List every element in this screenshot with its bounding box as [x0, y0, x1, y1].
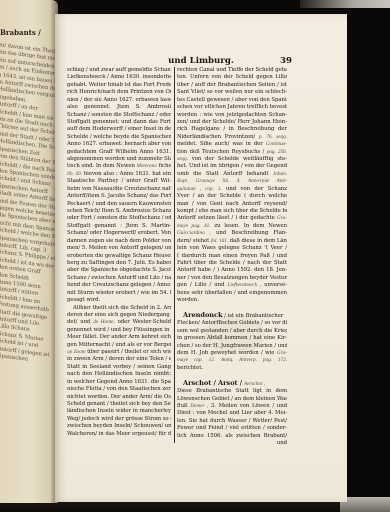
text-line: gen / Lillo / und Liefkenshoeck , unvers… — [177, 282, 287, 289]
antiqua-text: quitatum , cap. 3. — [177, 186, 222, 192]
entry-headword: Arendonck — [183, 312, 223, 319]
text-line: dannen zogen sie nach dem Polder von Na- — [67, 238, 171, 245]
antiqua-text: Gra- — [277, 215, 287, 221]
antiqua-text: op Zoom — [67, 349, 86, 355]
text-line: sem wol gestanden / aber durch die Krieg — [177, 328, 287, 335]
text-line: Diest : von Mechel und Lier aber 4. Mei- — [177, 410, 287, 417]
text-line: op Zoom über passirt / theilet er sich w… — [67, 349, 171, 356]
column-divider-rule — [174, 67, 175, 443]
text-line: schen Teich/ Item S. Ambrosius Schanz — [67, 208, 171, 215]
blank-line — [177, 305, 287, 312]
text-line: oder Fort / sonsten die Stoffschanz / od… — [67, 215, 171, 222]
text-line: men/ 5. Meilen von Antorff gelegen/ und — [67, 245, 171, 252]
text-line: helm von Nassau/die Creutzschanz nahend — [67, 186, 171, 193]
antiqua-text: Demer , — [190, 403, 208, 409]
text-line: lich Anno 1506. als zwischen Brabant/ — [177, 433, 287, 440]
text-line: mit Sturm wieder erobert / wie im 54. Bu… — [67, 290, 171, 297]
text-line: Sant Vliet/ so vor weilen nur ein schlec… — [177, 89, 287, 96]
text-line: Fewer und Feind / viel erlitten / sonder… — [177, 425, 287, 432]
antiqua-text: Continua- — [266, 141, 287, 147]
text-line: abgenommen worden und nunmehr Staa- — [67, 156, 171, 163]
text-line: Allhier theilt sich die Scheld in 2. Arm… — [67, 305, 171, 312]
scanner-edge-top — [300, 0, 390, 8]
text-line: meldet. Sihe auch/ was in der Continua- — [177, 141, 287, 148]
text-line: maye pag. 41. zu lesen. In dem Newen — [177, 223, 287, 230]
text-line: gesagt wird. — [67, 297, 171, 304]
text-line: nach den Holländischen Inseln nimbt: — [67, 371, 171, 378]
text-line: Löwenschen Gebiet / an dem kleinen Wasse… — [177, 396, 287, 403]
text-line: zen/ und der Schelde/ Herr Johann Hein- — [177, 119, 287, 126]
antiqua-text: pag. 256. — [267, 149, 287, 155]
text-line: tes Castell gewesen / aber von den Spani… — [177, 97, 287, 104]
text-line: Guicciardino , und Beschreibung Flan- — [177, 230, 287, 237]
entry-headword-line: Arendonck / ist ein Brabantischer — [177, 312, 287, 320]
text-line: Staatische Parthey / unter Graff Wil- — [67, 178, 171, 185]
antiqua-text: seqq. — [177, 156, 188, 162]
right-page: und Limburg. 39 schlag / und zwar auff g… — [55, 14, 347, 502]
text-line: seqq. von der Schelde weitläufftig ste- — [177, 156, 287, 163]
text-line: in grossen Abfall kommen / hat eine Kir- — [177, 335, 287, 342]
text-line: Schelde / welche beyde die Spanischen — [67, 134, 171, 141]
text-column-left: schlag / und zwar auff gemeldte SchanzLi… — [67, 67, 171, 438]
antiqua-text: p. 76. seqq. — [259, 134, 287, 140]
text-line: nichtet worden. Der ander Arm/ die Oster… — [67, 394, 171, 401]
text-line: umb die Statt Antorff behandt Johan. — [177, 171, 287, 178]
left-facing-page: Brabants / en/ davon ist ein Theil dieei… — [0, 0, 58, 503]
text-line: schlag / und zwar auff gemeldte Schanz — [67, 67, 171, 74]
text-line: het. Und ist im übrigen / von der Gegend — [177, 163, 287, 170]
text-line: man / von Gent nach Antorff reysend/ — [177, 201, 287, 208]
text-line: berichtet. — [177, 365, 287, 372]
text-line: Stoffgatt genannt : Jtem S. Martin- — [67, 223, 171, 230]
antiqua-text: Liefkenshoeck , — [227, 282, 261, 288]
text-line: Anno 1627. erbawet: hernach aber von meh… — [67, 141, 171, 148]
text-line: Bapt. Gramaye lib. 4. Antverpiæ Anti- — [177, 178, 287, 185]
text-line: dern/ stehet fol. 161. daß diese in dem … — [177, 238, 287, 245]
antiqua-text: Aerschot , — [244, 381, 265, 387]
text-line: Peckaert / und den sauern Kauwensteinis- — [67, 201, 171, 208]
text-line: tion deß Teutschen Reysbuchs / pag. 256. — [177, 149, 287, 156]
text-line: ner / von den Besatzungen beyder Vestun- — [177, 275, 287, 282]
text-line: also genennet. Jtem S. Ambrosii — [67, 104, 171, 111]
antiqua-text: maye pag. 41. — [177, 223, 211, 229]
antiqua-text: Guicciardino , — [177, 230, 211, 236]
text-line: Scheld genant / theilet sich bey den See… — [67, 401, 171, 408]
text-line: in zween Arm / deren der eine Tolen / ei… — [67, 356, 171, 363]
text-line: Liefkenshoeck / Anno 1630. insonderheit … — [67, 74, 171, 81]
text-line: gen Mitternacht / und als er vor Bergen — [67, 342, 171, 349]
left-page-heading-fragment: Brabants / — [0, 28, 41, 37]
antiqua-text: Johan. — [273, 171, 287, 177]
text-line: hend der Creutzschanz gelegen / Anno 56. — [67, 282, 171, 289]
text-line: Schanz / zwischen Antorff und Lilo / na- — [67, 275, 171, 282]
text-line: chen / so der H. Jungfrawen Marien / und — [177, 343, 287, 350]
text-line: lib. 49. hievon also : Anno 1631. hat ei… — [67, 171, 171, 178]
antiqua-text: fol. 161. — [211, 238, 228, 244]
text-line: über / auff der Brabantischen Seiten / i… — [177, 82, 287, 89]
text-line: Antorff/item S. Jacobs Schanz/ das Fort — [67, 193, 171, 200]
antiqua-text: Meterano — [137, 163, 157, 169]
text-line: aber die Spanische obgedachte S. Jacobs — [67, 267, 171, 274]
text-line: genennet wird / und bey Flüssingen in da… — [67, 327, 171, 334]
text-line: det/ und de Honte, oder Wester-Scheld — [67, 319, 171, 326]
text-line: ländischen Inseln wider in mancherley — [67, 408, 171, 415]
text-line: dem H. Job geweyhet worden / wie Gra- — [177, 350, 287, 357]
text-line: Meer fället. Der ander Arm kehret sich g… — [67, 334, 171, 341]
text-line: Diese Brabantische Statt ligt in dem — [177, 388, 287, 395]
text-line: Stoffgatt genennet: und dann das Fort — [67, 119, 171, 126]
text-line: nische Flotta / von den Staatischen zer- — [67, 386, 171, 393]
text-line: Statt in Seeland vorbey / seinen Gang — [67, 364, 171, 371]
text-line: kompt / ehe man sich über die Schelde be… — [177, 208, 287, 215]
text-line: Schanz / sonsten die Stoffschanz / oder — [67, 112, 171, 119]
text-line: worden : wie von jetztgedachten Schan- — [177, 112, 287, 119]
text-line: tisch sind. In dem Newen Meterano fichet — [67, 163, 171, 170]
text-line: rich Hagelgans / in Beschreibung der — [177, 126, 287, 133]
antiqua-text: Bapt. Gramaye lib. 4. Antverpiæ Anti- — [177, 178, 287, 184]
text-line: Fahrt über die Schelde / nach der Statt — [177, 260, 287, 267]
text-line: lein von Waes gelegne Schanz 't Veer / — [177, 245, 287, 252]
text-line: auff dem Hoderwerff / einer Insel in der — [67, 126, 171, 133]
antiqua-text: Gra- — [277, 350, 287, 356]
text-line: Antorff habe / ) Anno 1592. den 18. Jen- — [177, 267, 287, 274]
text-line: worden. — [177, 297, 287, 304]
text-line: rich Henrich/nach dem Printzen von Ora- — [67, 89, 171, 96]
antiqua-text: maye cap. 12. Antiq. Antverp. pag. 172. — [177, 357, 287, 363]
text-line: gehabt. Weiter hinab ist das Fort Frede- — [67, 82, 171, 89]
text-line: Antorff setzen lässt / ) der gedachte Gr… — [177, 215, 287, 222]
text-line: hens sehr überfallen / und eingenommen — [177, 290, 287, 297]
text-line: maye cap. 12. Antiq. Antverp. pag. 172. — [177, 357, 287, 364]
antiqua-text: lib. 49. — [67, 171, 82, 177]
text-line: quitatum , cap. 3. und von der Schanz — [177, 186, 287, 193]
text-line: Weg/ jedoch wird der grösse Strom so sic… — [67, 416, 171, 423]
text-line: Schanz/ oder Hogerwerff/ erobert. Von — [67, 230, 171, 237]
text-line: Vver / an der Schelde ( durch welche — [177, 193, 287, 200]
text-line: gedachtem Graff Wilhelm Anno 1631. — [67, 149, 171, 156]
text-line: len. Sie hat durch Wasser / Wetter/ Pest… — [177, 418, 287, 425]
antiqua-text: de Honte, — [93, 319, 115, 325]
text-line: Niderländischen Provintzen/ p. 76. seqq. — [177, 134, 287, 141]
text-line: ten. Unfern von der Scheld gegen Lillo — [177, 74, 287, 81]
text-line: Walcheren/ in das Meer ergeusst/ für den — [67, 431, 171, 438]
text-column-right: rechten Canal und Tieffe der Scheld geha… — [177, 67, 287, 448]
text-line: in welcher Gegend Anno 1631. die Spa- — [67, 379, 171, 386]
text-line: nien / der sie Anno 1627. erbawen lassen… — [67, 97, 171, 104]
text-line: deren der eine sich gegen Niedergang wen… — [67, 312, 171, 319]
blank-line — [177, 372, 287, 379]
catchword: und — [177, 440, 287, 447]
running-head: und Limburg. — [55, 56, 347, 66]
text-line: berg zu Saftingen den 7. Julii. Es haben — [67, 260, 171, 267]
left-page-text: en/ davon ist ein Theil dieein das übrig… — [0, 42, 54, 367]
scanner-edge-corner — [340, 497, 390, 512]
text-line: fluß Demer , 3. Meilen von Löwen / und — [177, 403, 287, 410]
text-line: rechten Canal und Tieffe der Scheld geha… — [177, 67, 287, 74]
entry-headword: Arschot / Arsot / — [183, 380, 242, 387]
entry-headword-line: Arschot / Arsot / Aerschot , — [177, 380, 287, 388]
page-number: 39 — [280, 56, 292, 66]
text-line: zwischen beyden Inseln/ Schouwen/ und — [67, 423, 171, 430]
text-line: eroberten die gewaltige Schanz Heusen- — [67, 253, 171, 260]
text-line: ( dardurch man einen freyen Paß / und — [177, 253, 287, 260]
text-line: Flecken/ Antorffischen Gebiets / so vor … — [177, 320, 287, 327]
text-line: schen vor etlichen Jahren trefflich beve… — [177, 104, 287, 111]
